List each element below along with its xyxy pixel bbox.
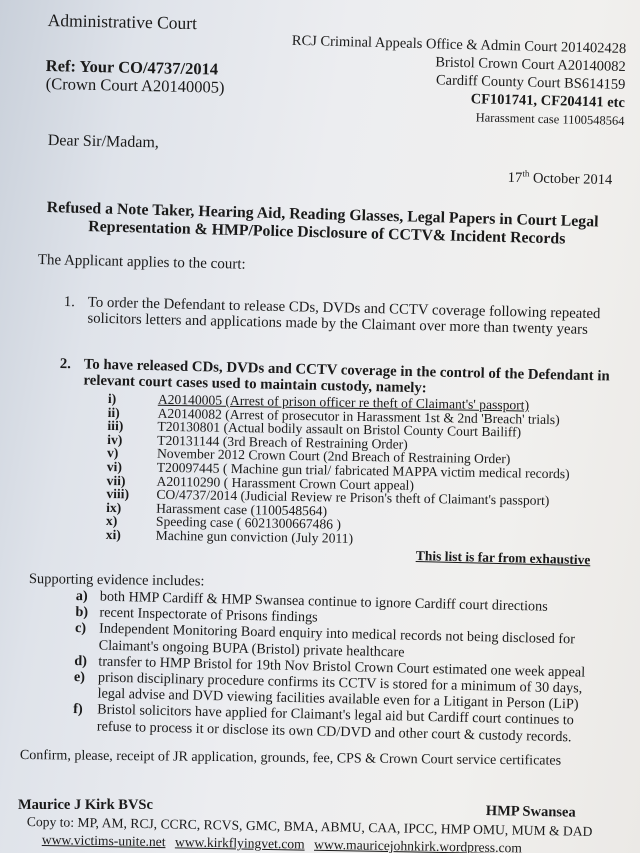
request-number: 1.	[64, 294, 88, 311]
signer-location: HMP Swansea	[486, 803, 576, 822]
link-mauricejohnkirk[interactable]: www.mauricejohnkirk.wordpress.com	[314, 837, 522, 853]
case-references: RCJ Criminal Appeals Office & Admin Cour…	[289, 32, 626, 130]
intro-text: The Applicant applies to the court:	[38, 252, 246, 274]
link-kirkflyingvet[interactable]: www.kirkflyingvet.com	[175, 834, 305, 851]
evidence-letter: d)	[74, 653, 98, 670]
evidence-letter: e)	[74, 669, 98, 686]
evidence-letter: f)	[73, 701, 97, 718]
crown-court-reference: (Crown Court A20140005)	[46, 74, 225, 98]
list-note: This list is far from exhaustive	[416, 548, 591, 568]
evidence-list: a)both HMP Cardiff & HMP Swansea continu…	[73, 588, 587, 745]
request-1: 1.To order the Defendant to release CDs,…	[63, 294, 600, 338]
case-numeral: xi)	[106, 528, 156, 542]
date-day: 17	[508, 170, 523, 186]
salutation: Dear Sir/Madam,	[48, 132, 159, 152]
supporting-heading: Supporting evidence includes:	[29, 571, 205, 590]
confirm-request: Confirm, please, receipt of JR applicati…	[20, 748, 561, 770]
addressee: Administrative Court	[48, 10, 198, 34]
letter-date: 17th October 2014	[508, 168, 613, 189]
letter-page: Administrative Court Ref: Your CO/4737/2…	[0, 0, 640, 853]
link-victims-unite[interactable]: www.victims-unite.net	[42, 832, 166, 849]
case-text: Machine gun conviction (July 2011)	[156, 529, 354, 546]
evidence-letter: c)	[75, 620, 99, 637]
letter-title: Refused a Note Taker, Hearing Aid, Readi…	[46, 199, 599, 249]
request-number: 2.	[60, 356, 84, 373]
date-month-year: October 2014	[529, 170, 612, 188]
evidence-letter: b)	[75, 604, 99, 621]
case-list: i)A20140005 (Arrest of prison officer re…	[106, 392, 571, 549]
evidence-letter: a)	[76, 588, 100, 605]
signer-name: Maurice J Kirk BVSc	[18, 797, 153, 814]
